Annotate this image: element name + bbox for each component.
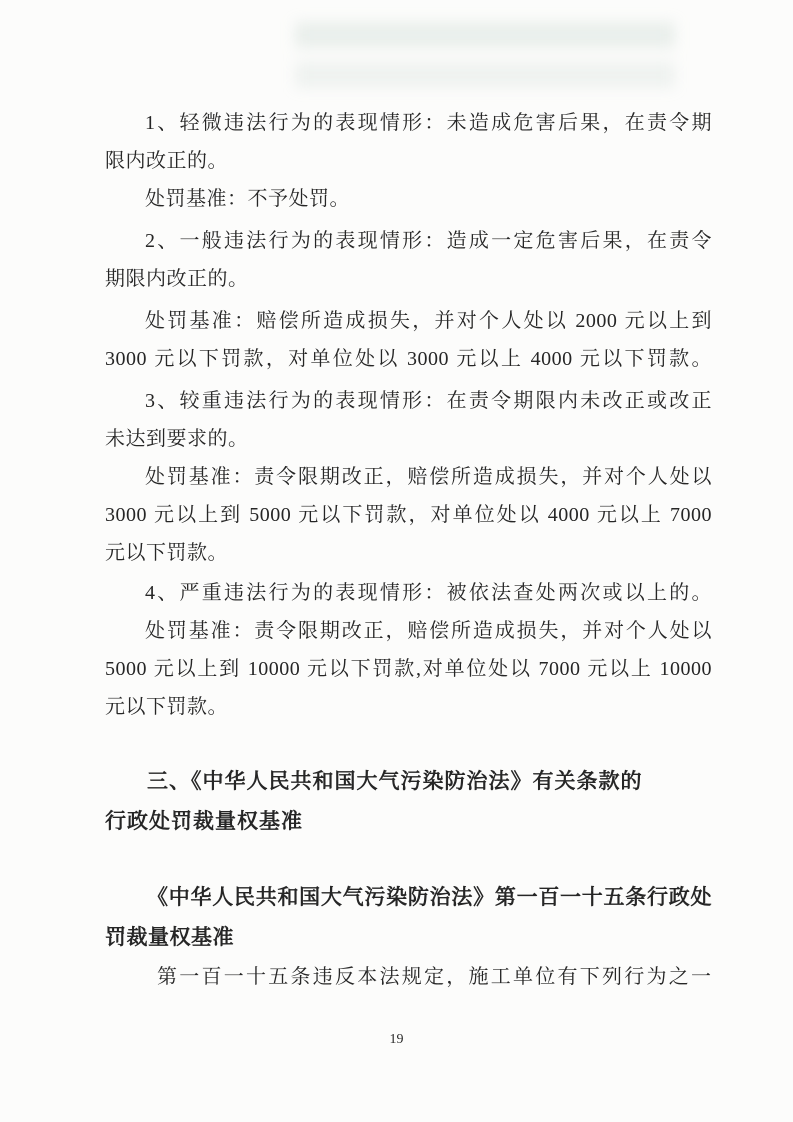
body-line: 处罚基准：不予处罚。 bbox=[105, 180, 712, 218]
article-text-line: 第一百一十五条违反本法规定，施工单位有下列行为之一 bbox=[105, 957, 712, 997]
body-line: 3000 元以下罚款，对单位处以 3000 元以上 4000 元以下罚款。 bbox=[105, 340, 712, 378]
subsection-heading-line: 罚裁量权基准 bbox=[105, 917, 712, 957]
scan-showthrough-artifact bbox=[295, 22, 675, 117]
page-content: 1、轻微违法行为的表现情形：未造成危害后果，在责令期 限内改正的。 处罚基准：不… bbox=[105, 104, 712, 997]
body-line: 处罚基准：责令限期改正，赔偿所造成损失，并对个人处以 bbox=[105, 458, 712, 496]
body-line: 2、一般违法行为的表现情形：造成一定危害后果，在责令 bbox=[105, 222, 712, 260]
body-line: 期限内改正的。 bbox=[105, 260, 712, 298]
body-line: 限内改正的。 bbox=[105, 142, 712, 180]
body-line: 3000 元以上到 5000 元以下罚款，对单位处以 4000 元以上 7000 bbox=[105, 496, 712, 534]
subsection-heading-line: 《中华人民共和国大气污染防治法》第一百一十五条行政处 bbox=[105, 877, 712, 917]
body-line: 5000 元以上到 10000 元以下罚款,对单位处以 7000 元以上 100… bbox=[105, 650, 712, 688]
body-line: 4、严重违法行为的表现情形：被依法查处两次或以上的。 bbox=[105, 574, 712, 612]
page-number: 19 bbox=[0, 1032, 793, 1048]
body-line: 元以下罚款。 bbox=[105, 534, 712, 572]
body-line: 1、轻微违法行为的表现情形：未造成危害后果，在责令期 bbox=[105, 104, 712, 142]
section-heading-line: 行政处罚裁量权基准 bbox=[105, 802, 712, 842]
body-line: 3、较重违法行为的表现情形：在责令期限内未改正或改正 bbox=[105, 382, 712, 420]
body-line: 处罚基准：责令限期改正，赔偿所造成损失，并对个人处以 bbox=[105, 612, 712, 650]
document-page: 1、轻微违法行为的表现情形：未造成危害后果，在责令期 限内改正的。 处罚基准：不… bbox=[0, 0, 793, 1122]
section-heading-line: 三、《中华人民共和国大气污染防治法》有关条款的 bbox=[105, 762, 712, 802]
body-line: 未达到要求的。 bbox=[105, 420, 712, 458]
body-line: 元以下罚款。 bbox=[105, 688, 712, 726]
body-line: 处罚基准：赔偿所造成损失，并对个人处以 2000 元以上到 bbox=[105, 302, 712, 340]
